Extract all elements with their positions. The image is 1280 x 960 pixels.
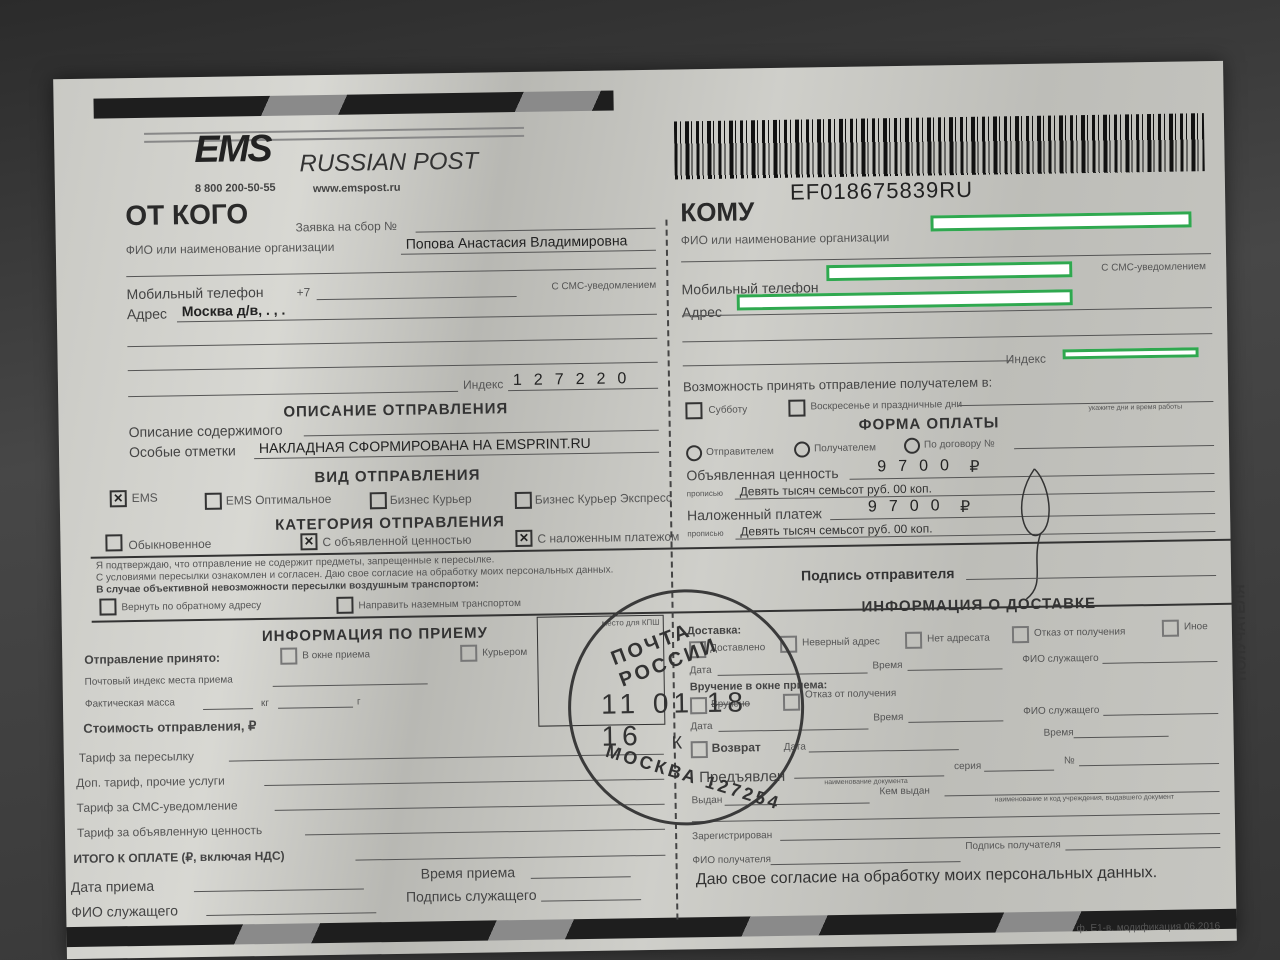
accept-date-label: Дата приема [71, 878, 155, 895]
accepted-courier-label: Курьером [482, 647, 527, 659]
mass-kg-field[interactable] [203, 708, 253, 710]
window-employee-field[interactable] [1103, 713, 1218, 716]
declared-value-currency: ₽ [969, 457, 980, 477]
ordinary-checkbox[interactable] [105, 534, 122, 551]
website: www.emspost.ru [313, 182, 401, 195]
total-field[interactable] [355, 855, 665, 861]
series-label: серия [954, 761, 981, 772]
sender-sms-label: С СМС-уведомлением [551, 280, 656, 293]
employee-signature-label: Подпись служащего [406, 887, 537, 905]
sender-phone-label: Мобильный телефон [126, 284, 263, 302]
return-to-sender-label: Вернуть по обратному адресу [121, 600, 261, 613]
brand-name: RUSSIAN POST [299, 148, 478, 179]
shipment-type-title: ВИД ОТПРАВЛЕНИЯ [314, 467, 480, 487]
cod-currency: ₽ [960, 497, 971, 517]
working-hours-hint: укажите дни и время работы [1088, 404, 1182, 412]
sender-signature-label: Подпись отправителя [801, 565, 955, 583]
doc-number-label: № [1064, 755, 1075, 766]
recipient-index-label: Индекс [1006, 352, 1047, 367]
sender-address-value: Москва д/в, . , . [182, 302, 286, 320]
sender-index-label: Индекс [463, 377, 504, 392]
sender-name-label: ФИО или наименование организации [126, 240, 335, 257]
sender-address-field-2[interactable] [127, 338, 657, 347]
accept-employee-label: ФИО служащего [71, 902, 178, 920]
side-label: ПОЛУЧАТЕЛЯ [1231, 584, 1249, 680]
postal-stamp: ПОЧТА РОССИИ 11 01 18 16 К МОСКВА 127254 [566, 588, 806, 828]
ground-transport-label: Направить наземным транспортом [358, 598, 521, 612]
payment-recipient-radio[interactable] [794, 441, 810, 457]
issued-by-field-2[interactable] [692, 813, 1220, 822]
refusal-label: Отказ от получения [1034, 626, 1126, 638]
cod-label: Наложенный платеж [687, 505, 822, 523]
delivery-title: ИНФОРМАЦИЯ О ДОСТАВКЕ [861, 595, 1096, 616]
accepted-window-label: В окне приема [302, 649, 370, 661]
business-courier-express-checkbox[interactable] [515, 492, 532, 509]
window-time-label: Время [873, 712, 903, 723]
recipient-signature-field[interactable] [1065, 847, 1220, 850]
tariff-shipping-label: Тариф за пересылку [79, 749, 194, 765]
return-to-sender-checkbox[interactable] [99, 598, 116, 615]
recipient-sms-label: С СМС-уведомлением [1101, 261, 1206, 274]
sender-index-value: 127220 [513, 370, 639, 390]
payment-title: ФОРМА ОПЛАТЫ [859, 414, 1000, 433]
delivery-employee-field[interactable] [1102, 661, 1217, 664]
window-employee-label: ФИО служащего [1023, 705, 1099, 717]
cost-title: Стоимость отправления, ₽ [83, 718, 256, 737]
return-time-field[interactable] [1074, 736, 1169, 738]
sender-address-field-3[interactable] [128, 362, 658, 371]
recipient-address-field-2[interactable] [682, 333, 1212, 342]
cod-in-words-label: прописью [687, 529, 723, 539]
stamp-top-text: ПОЧТА РОССИИ [608, 582, 802, 693]
declared-value-category-label: С объявленной ценностью [322, 533, 471, 549]
registered-label: Зарегистрирован [692, 830, 772, 842]
recipient-name-sign-field[interactable] [771, 861, 961, 865]
window-refusal-label: Отказ от получения [805, 688, 897, 700]
kg-unit: кг [261, 698, 269, 709]
payment-sender-radio[interactable] [686, 445, 702, 461]
tariff-sms-label: Тариф за СМС-уведомление [77, 798, 238, 815]
return-date-field[interactable] [809, 749, 959, 752]
pickup-request-label: Заявка на сбор № [295, 219, 397, 235]
recipient-address-field-3[interactable] [683, 360, 1013, 366]
decorative-stripe [93, 90, 613, 118]
redacted-recipient-phone [826, 261, 1072, 281]
contents-field[interactable] [304, 430, 659, 437]
postal-index-label: Почтовый индекс места приема [85, 674, 233, 687]
availability-label: Возможность принять отправление получате… [683, 375, 992, 395]
sender-address-label: Адрес [127, 305, 167, 322]
accepted-window-checkbox[interactable] [280, 647, 297, 664]
recipient-name-label: ФИО или наименование организации [681, 230, 890, 247]
business-courier-label: Бизнес Курьер [390, 492, 472, 507]
sunday-checkbox[interactable] [788, 399, 805, 416]
recipient-name-field[interactable] [681, 253, 1211, 262]
sender-name-field-2[interactable] [126, 268, 656, 277]
total-label: ИТОГО К ОПЛАТЕ (₽, включая НДС) [73, 849, 284, 866]
tariff-declared-field[interactable] [305, 829, 665, 836]
accept-time-label: Время приема [421, 864, 516, 881]
window-time-field[interactable] [908, 720, 1003, 722]
delivery-time-field[interactable] [908, 668, 1003, 670]
sender-address-field-4[interactable] [128, 391, 458, 397]
category-title: КАТЕГОРИЯ ОТПРАВЛЕНИЯ [275, 513, 505, 534]
cod-amount: 9700 [868, 497, 952, 516]
tariff-extra-label: Доп. тариф, прочие услуги [76, 774, 225, 790]
ems-logo: EMS [194, 128, 271, 172]
return-time-label: Время [1043, 727, 1073, 738]
sender-phone-field[interactable] [317, 296, 517, 300]
consent-text: Даю свое согласие на обработку моих перс… [696, 864, 1158, 889]
tariff-declared-label: Тариф за объявленную ценность [77, 823, 262, 840]
issuer-hint: наименование и код учреждения, выдавшего… [995, 794, 1175, 804]
postal-index-field[interactable] [273, 683, 428, 686]
declared-value-label: Объявленная ценность [686, 465, 838, 483]
delivery-employee-label: ФИО служащего [1022, 653, 1098, 665]
recipient-name-sign-label: ФИО получателя [692, 854, 771, 866]
refusal-checkbox[interactable] [1012, 626, 1029, 643]
payment-recipient-label: Получателем [814, 442, 876, 454]
barcode [674, 113, 1205, 179]
declared-value-checkbox[interactable]: ✕ [300, 533, 317, 550]
series-field[interactable] [984, 770, 1054, 772]
doc-number-field[interactable] [1079, 763, 1219, 766]
other-label: Иное [1184, 621, 1208, 632]
recipient-address-label: Адрес [682, 304, 722, 321]
recipient-title: КОМУ [680, 196, 754, 228]
special-notes-label: Особые отметки [129, 442, 236, 460]
sender-signature-field[interactable] [966, 575, 1216, 580]
payment-contract-label: По договору № [924, 439, 995, 451]
tariff-sms-field[interactable] [275, 804, 665, 811]
sender-name-value: Попова Анастасия Владимировна [406, 232, 628, 251]
no-addressee-label: Нет адресата [927, 633, 990, 645]
business-courier-checkbox[interactable] [370, 492, 387, 509]
sender-signature-scribble [1004, 463, 1066, 604]
stamp-marker: К [671, 732, 682, 753]
delivery-time-label: Время [872, 660, 902, 671]
accept-time-field[interactable] [531, 876, 631, 879]
recipient-signature-label: Подпись получателя [965, 840, 1061, 852]
saturday-label: Субботу [708, 404, 747, 416]
payment-sender-label: Отправителем [706, 446, 774, 458]
hotline-phone: 8 800 200-50-55 [195, 182, 276, 195]
ems-optimal-checkbox[interactable] [205, 493, 222, 510]
declared-in-words-label: прописью [687, 489, 723, 499]
payment-contract-radio[interactable] [904, 438, 920, 454]
description-title: ОПИСАНИЕ ОТПРАВЛЕНИЯ [283, 400, 508, 421]
stamp-bottom-text: МОСКВА 127254 [603, 741, 783, 815]
ems-checkbox[interactable]: ✕ [110, 490, 127, 507]
g-unit: г [357, 696, 361, 707]
accepted-label: Отправление принято: [84, 651, 220, 667]
tracking-number: EF018675839RU [790, 177, 973, 206]
ordinary-label: Обыкновенное [128, 537, 211, 552]
sender-title: ОТ КОГО [125, 198, 248, 232]
form-id: ф. Е1-в. модификация 06.2016 [1077, 921, 1221, 934]
accepted-courier-checkbox[interactable] [460, 645, 477, 662]
cod-checkbox[interactable]: ✕ [515, 530, 532, 547]
wrong-address-label: Неверный адрес [802, 636, 880, 648]
redacted-recipient-name [930, 211, 1191, 231]
other-checkbox[interactable] [1162, 620, 1179, 637]
redacted-recipient-index [1063, 347, 1199, 359]
accept-employee-field[interactable] [206, 912, 376, 916]
contents-label: Описание содержимого [129, 422, 283, 440]
ems-label: EMS [132, 491, 158, 505]
accept-date-field[interactable] [194, 888, 364, 892]
employee-signature-field[interactable] [541, 899, 641, 902]
saturday-checkbox[interactable] [685, 402, 702, 419]
declared-value-amount: 9700 [877, 457, 961, 476]
acceptance-title: ИНФОРМАЦИЯ ПО ПРИЕМУ [262, 624, 488, 645]
issued-by-label: Кем выдан [879, 786, 930, 798]
contract-number-field[interactable] [1014, 445, 1214, 449]
doc-hint: наименование документа [824, 778, 908, 786]
ground-transport-checkbox[interactable] [336, 597, 353, 614]
cod-category-label: С наложенным платежом [537, 529, 679, 545]
sunday-label: Воскресенье и праздничные дни [810, 399, 962, 412]
mass-label: Фактическая масса [85, 697, 175, 709]
stamp-date: 11 01 18 16 [601, 686, 802, 753]
business-courier-express-label: Бизнес Курьер Экспресс [535, 491, 672, 507]
ems-waybill: EMS RUSSIAN POST 8 800 200-50-55 www.ems… [53, 61, 1237, 959]
mass-g-field[interactable] [278, 707, 353, 709]
no-addressee-checkbox[interactable] [905, 632, 922, 649]
sender-phone-prefix: +7 [296, 285, 310, 299]
ems-optimal-label: EMS Оптимальное [226, 492, 332, 508]
